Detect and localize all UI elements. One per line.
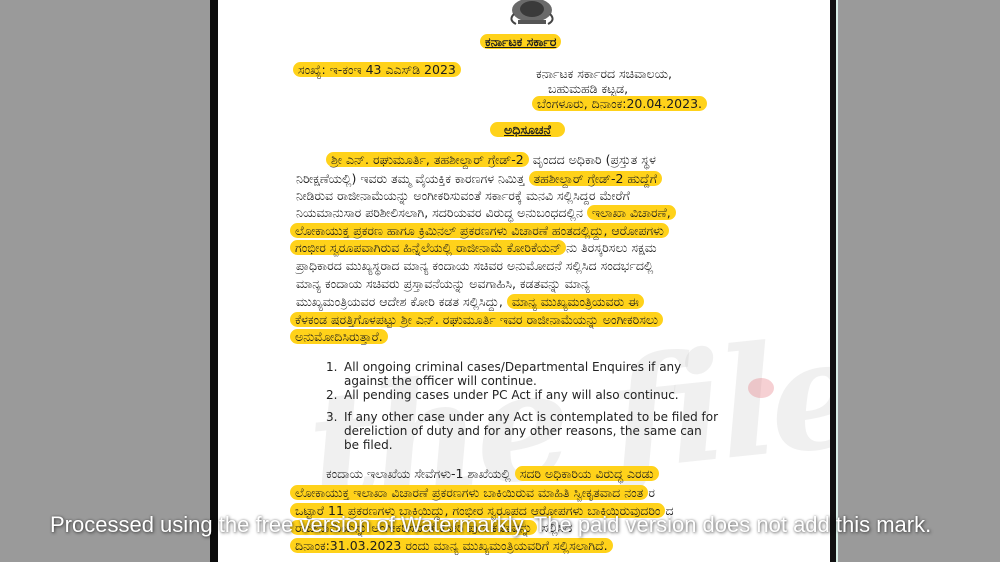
background-watermark-dot — [748, 378, 774, 398]
document-page: the file. ಕರ್ನಾಟಕ ಸರ್ಕಾರ ಸಂಖ್ಯೆ: ಇ-ಕಂಇ 4… — [210, 0, 836, 562]
text-line: ಅನುಮೋದಿಸಿರುತ್ತಾರೆ. — [290, 329, 388, 345]
state-emblem-icon — [504, 0, 560, 26]
text-line: ಗಂಭೀರ ಸ್ವರೂಪವಾಗಿರುವ ಹಿನ್ನೆಲೆಯಲ್ಲಿ ರಾಜೀನಾ… — [290, 240, 657, 256]
watermarkly-overlay: Processed using the free version of Wate… — [50, 512, 950, 538]
text-line: ಮಾನ್ಯ ಕಂದಾಯ ಸಚಿವರು ಪ್ರಸ್ತಾವನೆಯನ್ನು ಅವಗಾಹ… — [296, 276, 590, 292]
text-line: ನಿಯಮಾನುಸಾರ ಪರಿಶೀಲಿಸಲಾಗಿ, ಸದರಿಯವರ ವಿರುದ್ಧ… — [296, 205, 676, 221]
text-line: ಲೋಕಾಯುಕ್ತ ಪ್ರಕರಣ ಹಾಗೂ ಕ್ರಿಮಿನಲ್ ಪ್ರಕರಣಗಳ… — [290, 223, 669, 239]
text-line: ಲೋಕಾಯುಕ್ತ ಇಲಾಖಾ ವಿಚಾರಣೆ ಪ್ರಕರಣಗಳು ಬಾಕಿಯಿ… — [290, 485, 655, 501]
government-heading: ಕರ್ನಾಟಕ ಸರ್ಕಾರ — [480, 34, 561, 50]
text-line: ಕೆಳಕಂಡ ಷರತ್ತಿಗೊಳಪಟ್ಟು ಶ್ರೀ ಎನ್. ರಘುಮೂರ್ತ… — [290, 312, 663, 328]
condition-line: be filed. — [326, 437, 393, 453]
reference-number: ಸಂಖ್ಯೆ: ಇ-ಕಂಇ 43 ಎಎಸ್‌ಡಿ 2023 — [293, 62, 461, 78]
text-line: ಪ್ರಾಧಿಕಾರದ ಮುಖ್ಯಸ್ಥರಾದ ಮಾನ್ಯ ಕಂದಾಯ ಸಚಿವರ… — [296, 258, 653, 274]
text-line: ಶ್ರೀ ಎನ್. ರಘುಮೂರ್ತಿ, ತಹಶೀಲ್ದಾರ್ ಗ್ರೇಡ್-2… — [326, 152, 656, 168]
address-date-line: ಬೆಂಗಳೂರು, ದಿನಾಂಕ:20.04.2023. — [532, 96, 707, 112]
text-line: ಕಂದಾಯ ಇಲಾಖೆಯ ಸೇವೆಗಳು-1 ಶಾಖೆಯಲ್ಲಿ ಸದರಿ ಅಧ… — [326, 466, 659, 482]
text-line: ದಿನಾಂಕ:31.03.2023 ರಂದು ಮಾನ್ಯ ಮುಖ್ಯಮಂತ್ರಿ… — [290, 538, 613, 554]
condition-line: 2.All pending cases under PC Act if any … — [326, 387, 679, 403]
text-line: ನೀಡಿರುವ ರಾಜೀನಾಮೆಯನ್ನು ಅಂಗೀಕರಿಸುವಂತೆ ಸರ್ಕ… — [296, 188, 630, 204]
text-line: ನಿರೀಕ್ಷಣೆಯಲ್ಲಿ) ಇವರು ತಮ್ಮ ವೈಯಕ್ತಿಕ ಕಾರಣಗ… — [296, 171, 662, 187]
text-line: ಮುಖ್ಯಮಂತ್ರಿಯವರ ಆದೇಶ ಕೋರಿ ಕಡತ ಸಲ್ಲಿಸಿದ್ದು… — [296, 294, 644, 310]
address-line-1: ಕರ್ನಾಟಕ ಸರ್ಕಾರದ ಸಚಿವಾಲಯ, — [536, 66, 672, 82]
address-line-2: ಬಹುಮಹಡಿ ಕಟ್ಟಡ, — [548, 81, 628, 97]
notification-title: ಅಧಿಸೂಚನೆ — [490, 122, 565, 138]
